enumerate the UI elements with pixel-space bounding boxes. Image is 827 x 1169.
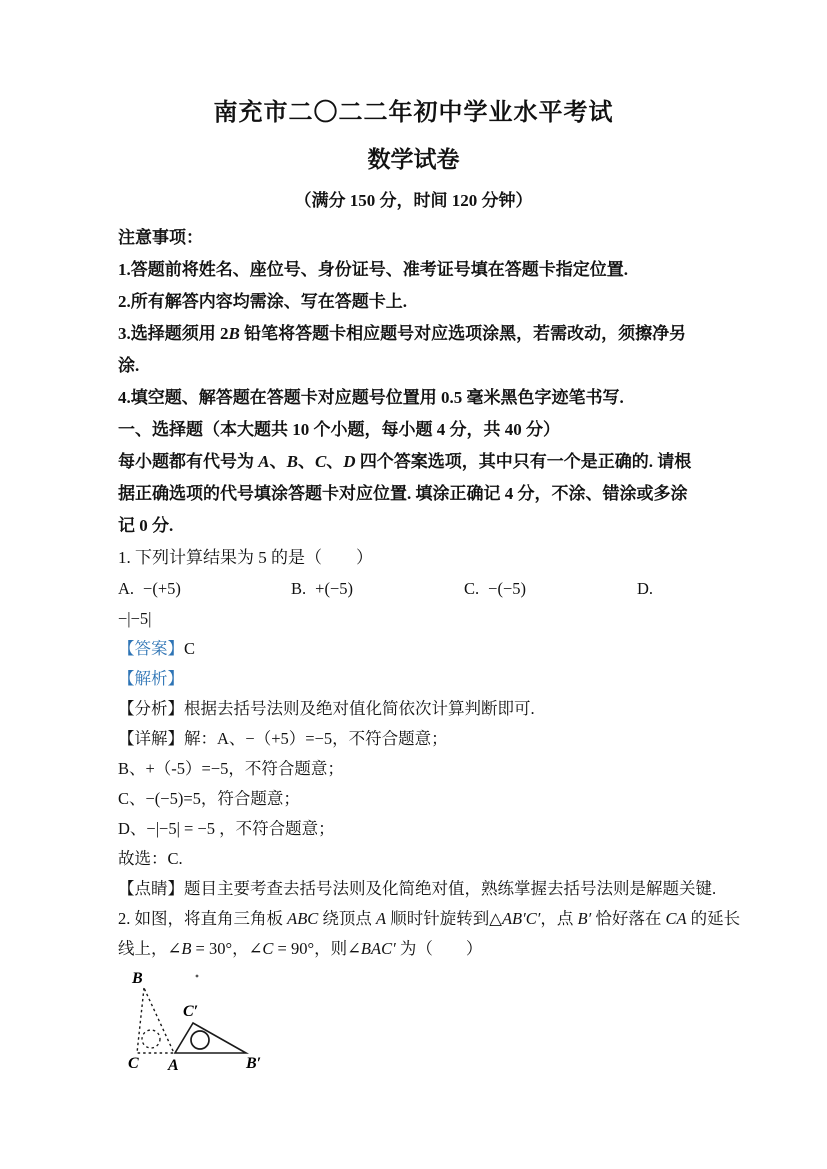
notice-heading: 注意事项：: [118, 222, 791, 254]
notice-line-1: 1.答题前将姓名、座位号、身份证号、准考证号填在答题卡指定位置.: [118, 254, 791, 286]
vertex-label-A: A: [167, 1057, 179, 1074]
section-1-intro-line-2: 据正确选项的代号填涂答题卡对应位置. 填涂正确记 4 分，不涂、错涂或多涂: [118, 478, 791, 510]
solution-line-6: 故选：C.: [118, 844, 791, 874]
scan-speck: [196, 975, 199, 978]
option-d: D.: [637, 574, 662, 604]
question-1-answer-line: 【答案】C: [118, 634, 791, 664]
vertex-label-C-prime: C′: [183, 1003, 198, 1020]
option-c-formula: −(−5): [488, 579, 526, 598]
answer-tag: 【答案】: [118, 639, 184, 658]
option-c-label: C.: [464, 579, 479, 598]
option-a: A.−(+5): [118, 574, 291, 604]
solution-line-4: C、−(−5)=5，符合题意；: [118, 784, 791, 814]
section-1-intro-line-1: 每小题都有代号为 A、B、C、D 四个答案选项，其中只有一个是正确的. 请根: [118, 446, 791, 478]
solution-line-3: B、+（-5）=−5，不符合题意；: [118, 754, 791, 784]
triangle-solid-ABprimeCprime: [175, 1023, 246, 1053]
option-b-formula: +(−5): [315, 579, 353, 598]
notice-line-2: 2.所有解答内容均需涂、写在答题卡上.: [118, 286, 791, 318]
exam-info: （满分 150 分，时间 120 分钟）: [0, 188, 827, 214]
exam-paper-page: 南充市二〇二二年初中学业水平考试 数学试卷 （满分 150 分，时间 120 分…: [0, 0, 827, 1169]
option-b: B.+(−5): [291, 574, 464, 604]
document-body: 注意事项： 1.答题前将姓名、座位号、身份证号、准考证号填在答题卡指定位置. 2…: [0, 214, 827, 1089]
section-1-heading: 一、选择题（本大题共 10 个小题，每小题 4 分，共 40 分）: [118, 414, 791, 446]
option-a-formula: −(+5): [143, 579, 181, 598]
notice-line-4: 4.填空题、解答题在答题卡对应题号位置用 0.5 毫米黑色字迹笔书写.: [118, 382, 791, 414]
section-1-intro-line-3: 记 0 分.: [118, 510, 791, 542]
question-1-analysis-line: 【解析】: [118, 664, 791, 694]
triangle-rotation-diagram: B C A C′ B′: [124, 966, 304, 1084]
solution-line-2: 【详解】解：A、−（+5）=−5，不符合题意；: [118, 724, 791, 754]
vertex-label-B-prime: B′: [245, 1055, 261, 1072]
analysis-tag: 【解析】: [118, 669, 184, 688]
page-subtitle: 数学试卷: [0, 144, 827, 176]
question-1-stem: 1. 下列计算结果为 5 的是（ ）: [118, 542, 791, 574]
option-c: C.−(−5): [464, 574, 637, 604]
dotted-inner-circle: [142, 1030, 160, 1048]
vertex-label-C: C: [128, 1055, 139, 1072]
option-b-label: B.: [291, 579, 306, 598]
solution-line-5: D、−|−5| = −5 ，不符合题意；: [118, 814, 791, 844]
page-title: 南充市二〇二二年初中学业水平考试: [0, 0, 827, 130]
answer-value: C: [184, 639, 195, 658]
solution-line-7: 【点睛】题目主要考查去括号法则及化简绝对值，熟练掌握去括号法则是解题关键.: [118, 874, 791, 904]
vertex-label-B: B: [131, 970, 143, 987]
question-2-stem-line-1: 2. 如图，将直角三角板 ABC 绕顶点 A 顺时针旋转到△AB′C′，点 B′…: [118, 904, 791, 934]
option-d-label: D.: [637, 579, 653, 598]
option-a-label: A.: [118, 579, 134, 598]
question-2-stem-line-2: 线上，∠B = 30°，∠C = 90°，则∠BAC′ 为（ ）: [118, 934, 791, 964]
option-d-formula-wrap: −|−5|: [118, 604, 791, 634]
notice-line-3-wrap: 涂.: [118, 350, 791, 382]
question-1-options: A.−(+5) B.+(−5) C.−(−5) D.: [118, 574, 791, 604]
solid-inner-circle: [191, 1031, 209, 1049]
question-2-figure: B C A C′ B′: [124, 966, 791, 1089]
notice-line-3: 3.选择题须用 2B 铅笔将答题卡相应题号对应选项涂黑，若需改动，须擦净另: [118, 318, 791, 350]
solution-line-1: 【分析】根据去括号法则及绝对值化简依次计算判断即可.: [118, 694, 791, 724]
